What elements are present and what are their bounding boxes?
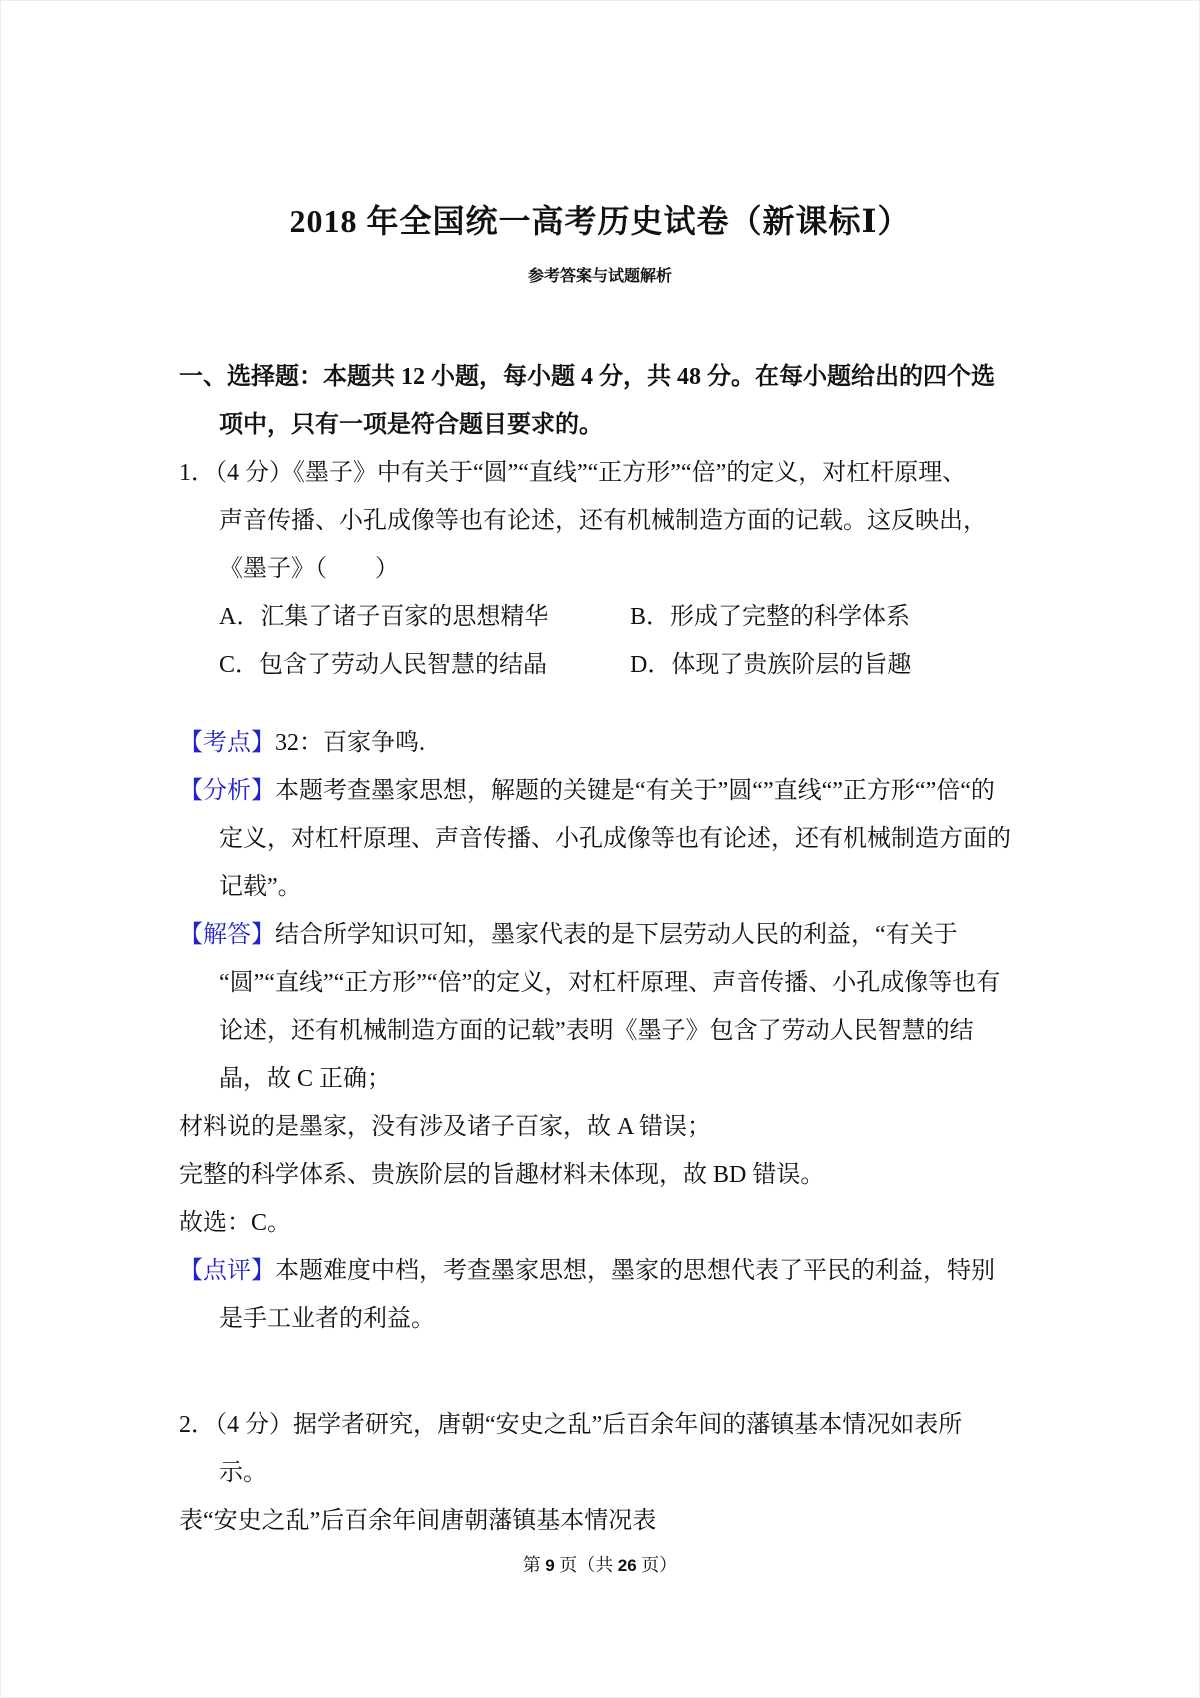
q1-jieda-line3: 论述，还有机械制造方面的记载”表明《墨子》包含了劳动人民智慧的结: [179, 1007, 1079, 1055]
exam-paper-page: 2018 年全国统一高考历史试卷（新课标Ⅰ） 参考答案与试题解析 一、选择题：本…: [0, 0, 1200, 1698]
kaodian-text: 32：百家争鸣.: [275, 730, 425, 756]
section-heading-line1: 一、选择题：本题共 12 小题，每小题 4 分，共 48 分。在每小题给出的四个…: [179, 353, 1079, 401]
footer-suffix: 页）: [637, 1555, 678, 1575]
page-content: 一、选择题：本题共 12 小题，每小题 4 分，共 48 分。在每小题给出的四个…: [1, 353, 1199, 1545]
fenxi-tag: 【分析】: [179, 778, 275, 804]
page-subtitle: 参考答案与试题解析: [1, 267, 1199, 287]
q1-jieda-line2: “圆”“直线”“正方形”“倍”的定义，对杠杆原理、声音传播、小孔成像等也有: [179, 959, 1079, 1007]
q1-options-row1: A．汇集了诸子百家的思想精华B．形成了完整的科学体系: [179, 593, 1079, 641]
jieda-tag: 【解答】: [179, 922, 275, 948]
footer-middle: 页（共: [555, 1555, 618, 1575]
q1-jieda-note2: 完整的科学体系、贵族阶层的旨趣材料未体现，故 BD 错误。: [179, 1151, 1079, 1199]
q1-option-a: A．汇集了诸子百家的思想精华: [219, 593, 630, 641]
kaodian-tag: 【考点】: [179, 730, 275, 756]
page-title: 2018 年全国统一高考历史试卷（新课标Ⅰ）: [1, 203, 1199, 239]
q2-stem-line1: 2．（4 分）据学者研究，唐朝“安史之乱”后百余年间的藩镇基本情况如表所: [179, 1401, 1079, 1449]
q1-kaodian-line: 【考点】32：百家争鸣.: [179, 719, 1079, 767]
q1-option-b: B．形成了完整的科学体系: [630, 604, 910, 630]
q1-jieda-note1: 材料说的是墨家，没有涉及诸子百家，故 A 错误；: [179, 1103, 1079, 1151]
q1-fenxi-line3: 记载”。: [179, 863, 1079, 911]
q1-options-row2: C．包含了劳动人民智慧的结晶D．体现了贵族阶层的旨趣: [179, 641, 1079, 689]
jieda-text-line1: 结合所学知识可知，墨家代表的是下层劳动人民的利益，“有关于: [275, 922, 958, 948]
page-footer: 第 9 页（共 26 页）: [1, 1553, 1199, 1578]
q1-fenxi-line2: 定义，对杠杆原理、声音传播、小孔成像等也有论述，还有机械制造方面的: [179, 815, 1079, 863]
footer-prefix: 第: [523, 1555, 546, 1575]
q1-stem-line2: 声音传播、小孔成像等也有论述，还有机械制造方面的记载。这反映出，: [179, 497, 1079, 545]
q1-jieda-line4: 晶，故 C 正确；: [179, 1055, 1079, 1103]
dianping-tag: 【点评】: [179, 1258, 275, 1284]
q1-stem-line3: 《墨子》（ ）: [179, 545, 1079, 593]
q1-stem-line1: 1．（4 分）《墨子》中有关于“圆”“直线”“正方形”“倍”的定义，对杠杆原理、: [179, 449, 1079, 497]
q1-option-c: C．包含了劳动人民智慧的结晶: [219, 641, 630, 689]
fenxi-text-line1: 本题考查墨家思想，解题的关键是“有关于”圆“”直线“”正方形“”倍“的: [275, 778, 995, 804]
q1-dianping-line2: 是手工业者的利益。: [179, 1295, 1079, 1343]
dianping-text-line1: 本题难度中档，考查墨家思想，墨家的思想代表了平民的利益，特别: [275, 1258, 995, 1284]
footer-total-pages: 26: [618, 1556, 637, 1575]
section-heading-line2: 项中，只有一项是符合题目要求的。: [179, 401, 1079, 449]
q2-stem-line2: 示。: [179, 1449, 1079, 1497]
q1-dianping-line1: 【点评】本题难度中档，考查墨家思想，墨家的思想代表了平民的利益，特别: [179, 1247, 1079, 1295]
q1-answer-line: 故选：C。: [179, 1199, 1079, 1247]
q1-option-d: D．体现了贵族阶层的旨趣: [630, 652, 911, 678]
footer-page-number: 9: [545, 1556, 554, 1575]
q2-table-caption: 表“安史之乱”后百余年间唐朝藩镇基本情况表: [179, 1497, 1079, 1545]
q1-jieda-line1: 【解答】结合所学知识可知，墨家代表的是下层劳动人民的利益，“有关于: [179, 911, 1079, 959]
q1-fenxi-line1: 【分析】本题考查墨家思想，解题的关键是“有关于”圆“”直线“”正方形“”倍“的: [179, 767, 1079, 815]
